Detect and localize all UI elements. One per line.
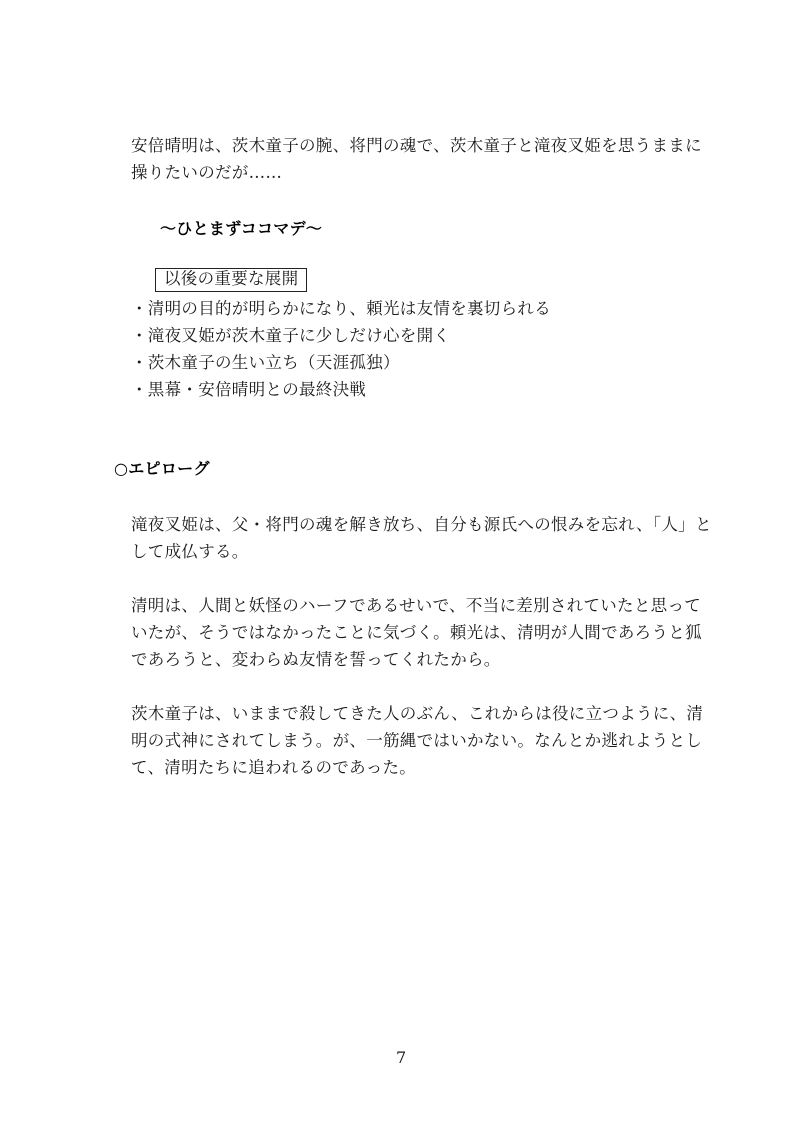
page-number: 7 xyxy=(396,1048,406,1067)
epilogue-para-1-line: 滝夜叉姫は、父・将門の魂を解き放ち、自分も源氏への恨みを忘れ、「人」と xyxy=(131,517,712,534)
epilogue-para-3-line: て、清明たちに追われるのであった。 xyxy=(131,760,416,777)
epilogue-para-3-line: 明の式神にされてしまう。が、一筋縄ではいかない。なんとか逃れようとし xyxy=(131,733,702,750)
epilogue-para-3-line: 茨木童子は、いままで殺してきた人のぶん、これからは役に立つように、清 xyxy=(131,706,703,723)
developments-title-box: 以後の重要な展開 xyxy=(155,268,307,292)
intro-line-1: 安倍晴明は、茨木童子の腕、将門の魂で、茨木童子と滝夜叉姫を思うままに xyxy=(131,138,702,155)
intro-line-2: 操りたいのだが…… xyxy=(131,165,282,182)
development-item: ・茨木童子の生い立ち（天涯孤独） xyxy=(131,355,400,372)
development-item: ・黒幕・安倍晴明との最終決戦 xyxy=(131,382,366,399)
epilogue-para-2-line: 清明は、人間と妖怪のハーフであるせいで、不当に差別されていたと思って xyxy=(131,598,701,615)
development-item: ・清明の目的が明らかになり、頼光は友情を裏切られる xyxy=(131,301,551,318)
epilogue-para-2-line: であろうと、変わらぬ友情を誓ってくれたから。 xyxy=(131,652,501,669)
pause-heading: ～ひとまずココマデ～ xyxy=(160,221,322,237)
development-item: ・滝夜叉姫が茨木童子に少しだけ心を開く xyxy=(131,328,450,345)
epilogue-para-2-line: いたが、そうではなかったことに気づく。頼光は、清明が人間であろうと狐 xyxy=(131,625,702,642)
epilogue-heading: ○エピローグ xyxy=(114,461,210,477)
epilogue-para-1-line: して成仏する。 xyxy=(131,544,249,561)
